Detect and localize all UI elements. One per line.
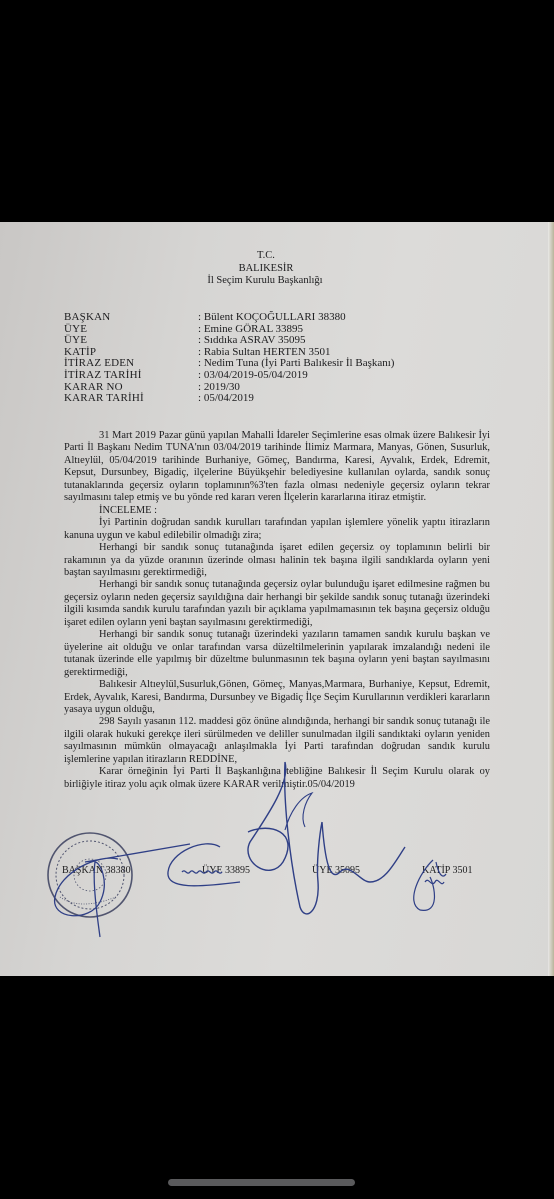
signature-label-member-2: ÜYE 35095 xyxy=(312,865,422,876)
signature-label-member-1: ÜYE 33895 xyxy=(202,865,312,876)
document-header: T.C. BALIKESİR İl Seçim Kurulu Başkanlığ… xyxy=(0,250,554,288)
meta-value: Bülent KOÇOĞULLARI 38380 xyxy=(198,312,346,324)
meta-row-objection-date: İTİRAZ TARİHİ 03/04/2019-05/04/2019 xyxy=(64,370,394,382)
decision-document: T.C. BALIKESİR İl Seçim Kurulu Başkanlığ… xyxy=(0,222,554,976)
signature-label-clerk: KATİP 3501 xyxy=(422,865,502,876)
paragraph-ruling: 298 Sayılı yasanın 112. maddesi göz önün… xyxy=(64,716,490,766)
paragraph: İyi Partinin doğrudan sandık kurulları t… xyxy=(64,517,490,542)
meta-value: 03/04/2019-05/04/2019 xyxy=(198,370,308,382)
meta-key: KARAR TARİHİ xyxy=(64,393,198,405)
document-body: 31 Mart 2019 Pazar günü yapılan Mahalli … xyxy=(64,430,490,791)
paragraph: Balıkesir Altıeylül,Susurluk,Gönen, Göme… xyxy=(64,679,490,716)
meta-key: BAŞKAN xyxy=(64,312,198,324)
meta-key: İTİRAZ TARİHİ xyxy=(64,370,198,382)
header-line-board: İl Seçim Kurulu Başkanlığı xyxy=(0,275,554,288)
meta-row-decision-date: KARAR TARİHİ 05/04/2019 xyxy=(64,393,394,405)
document-photo[interactable]: T.C. BALIKESİR İl Seçim Kurulu Başkanlığ… xyxy=(0,222,554,976)
meta-row-chairman: BAŞKAN Bülent KOÇOĞULLARI 38380 xyxy=(64,312,394,324)
document-meta-table: BAŞKAN Bülent KOÇOĞULLARI 38380 ÜYE Emin… xyxy=(64,312,394,405)
photo-viewer: T.C. BALIKESİR İl Seçim Kurulu Başkanlığ… xyxy=(0,0,554,1199)
paragraph: Herhangi bir sandık sonuç tutanağında iş… xyxy=(64,542,490,579)
header-line-province: BALIKESİR xyxy=(0,263,554,276)
paragraph-conclusion: Karar örneğinin İyi Parti İl Başkanlığın… xyxy=(64,766,490,791)
initials-mark-icon xyxy=(285,793,312,830)
section-title-review: İNCELEME : xyxy=(64,505,490,517)
paragraph: Herhangi bir sandık sonuç tutanağı üzeri… xyxy=(64,629,490,679)
chairman-signature-icon xyxy=(55,844,190,937)
header-line-tc: T.C. xyxy=(0,250,554,263)
paragraph-intro: 31 Mart 2019 Pazar günü yapılan Mahalli … xyxy=(64,430,490,505)
home-indicator[interactable] xyxy=(168,1179,355,1186)
paragraph: Herhangi bir sandık sonuç tutanağında ge… xyxy=(64,579,490,629)
meta-value: 05/04/2019 xyxy=(198,393,254,405)
signature-label-chairman: BAŞKAN 38380 xyxy=(62,865,162,876)
signature-labels: BAŞKAN 38380 ÜYE 33895 ÜYE 35095 KATİP 3… xyxy=(62,865,502,876)
